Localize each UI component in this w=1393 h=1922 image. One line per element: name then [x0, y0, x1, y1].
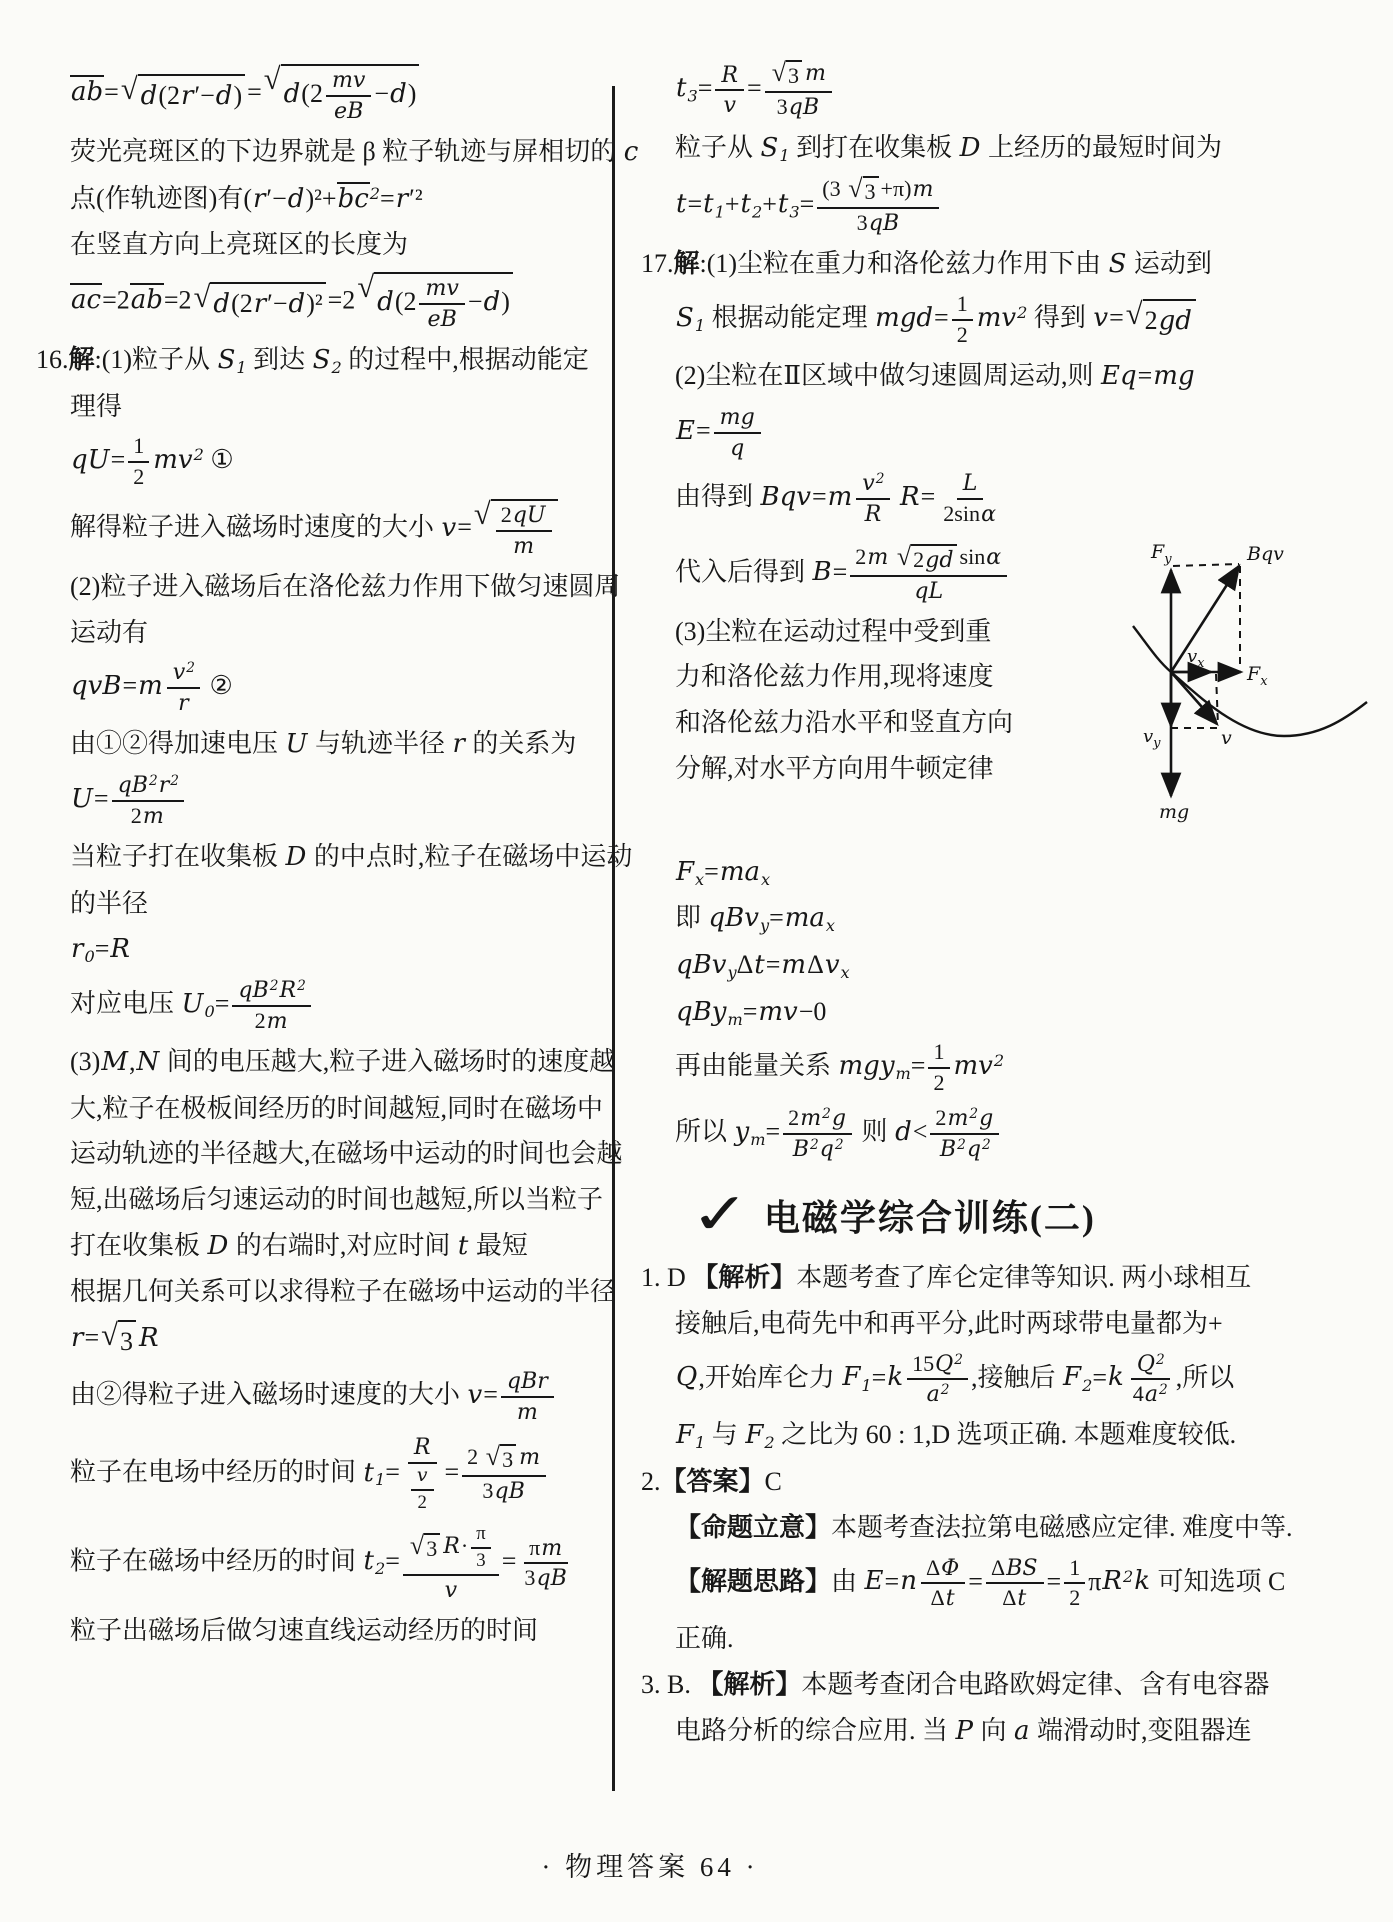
vy-label: vy [1143, 726, 1161, 751]
formula-line: E=mgq [641, 404, 1375, 462]
formula-line: r0=R [36, 930, 608, 969]
formula-line: qBvyΔt=mΔvx [641, 946, 1375, 985]
text-line: 运动轨迹的半径越大,在磁场中运动的时间也会越 [36, 1135, 608, 1173]
paragraph-with-diagram: 代入后得到 B=2m √2gdsinαqL(3)尘粒在运动过程中受到重力和洛伦兹… [641, 536, 1375, 845]
text-line: 粒子在电场中经历的时间 t1=Rv2=2 √3m3qB [36, 1434, 608, 1515]
text-line: 的半径 [36, 885, 608, 923]
formula-line: U=qB2r22m [36, 772, 608, 830]
text-line: 即 qBvy=max [641, 899, 1375, 938]
two-column-layout: ab=√d(2r′−d)=√d(2mveB−d)荧光亮斑区的下边界就是 β 粒子… [0, 44, 1393, 1791]
text-line: 由得到 Bqv=mv2R R=L2sinα [641, 470, 1375, 528]
text-line: 当粒子打在收集板 D 的中点时,粒子在磁场中运动 [36, 838, 608, 877]
formula-line: 代入后得到 B=2m √2gdsinαqL [641, 544, 1123, 605]
text-line: 16.解:(1)粒子从 S1 到达 S2 的过程中,根据动能定 [36, 341, 608, 380]
text-line: 荧光亮斑区的下边界就是 β 粒子轨迹与屏相切的 c [36, 133, 608, 172]
text-line: 大,粒子在极板间经历的时间越短,同时在磁场中 [36, 1090, 608, 1128]
text-line: 和洛伦兹力沿水平和竖直方向 [641, 704, 1123, 742]
text-line: 正确. [641, 1620, 1375, 1658]
text-line: (3)M,N 间的电压越大,粒子进入磁场时的速度越 [36, 1043, 608, 1082]
text-line: 由②得粒子进入磁场时速度的大小 v=qBrm [36, 1368, 608, 1426]
formula-line: r=√3R [36, 1319, 608, 1360]
text-line: 3. B. 【解析】本题考查闭合电路欧姆定律、含有电容器 [641, 1666, 1375, 1704]
text-line: 打在收集板 D 的右端时,对应时间 t 最短 [36, 1227, 608, 1266]
vx-label: vx [1187, 646, 1205, 671]
text-line: 根据几何关系可以求得粒子在磁场中运动的半径 [36, 1273, 608, 1311]
text-line: 由①②得加速电压 U 与轨迹半径 r 的关系为 [36, 725, 608, 764]
text-line: 1. D 【解析】本题考查了库仑定律等知识. 两小球相互 [641, 1259, 1375, 1297]
text-line: Q,开始库仑力 F1=k15Q2a2,接触后 F2=kQ24a2,所以 [641, 1351, 1375, 1409]
text-line: 所以 ym=2m2gB2q2 则 d<2m2gB2q2 [641, 1105, 1375, 1163]
lines-block-middle: Fx=max即 qBvy=maxqBvyΔt=mΔvxqBym=mv−0再由能量… [641, 853, 1375, 1164]
text-line: 解得粒子进入磁场时速度的大小 v=√2qUm [36, 499, 608, 560]
text-line: 粒子在磁场中经历的时间 t2=√3R·π3v=πm3qB [36, 1523, 608, 1604]
text-line: 17.解:(1)尘粒在重力和洛伦兹力作用下由 S 运动到 [641, 245, 1375, 284]
formula-line: ac=2ab=2√d(2r′−d)²=2√d(2mveB−d) [36, 272, 608, 333]
bqv-vector [1171, 566, 1239, 672]
text-line: 【命题立意】本题考查法拉第电磁感应定律. 难度中等. [641, 1509, 1375, 1547]
formula-line: t3=Rv=√3m3qB [641, 60, 1375, 121]
lines-block-top: t3=Rv=√3m3qB粒子从 S1 到打在收集板 D 上经历的最短时间为t=t… [641, 60, 1375, 528]
text-line: 电路分析的综合应用. 当 P 向 a 端滑动时,变阻器连 [641, 1712, 1375, 1751]
formula-line: qvB=mv2r ② [36, 659, 608, 717]
text-line: 分解,对水平方向用牛顿定律 [641, 750, 1123, 788]
dashed-construction-lines [1171, 564, 1240, 728]
checkmark-icon: ✓ [688, 1186, 753, 1244]
force-vector-diagram: Fy Bqv vx Fx vy v mg [1123, 536, 1375, 845]
text-line: 理得 [36, 388, 608, 426]
page-footer: · 物理答案 64 · [0, 1845, 1300, 1884]
fx-label: Fx [1246, 663, 1268, 689]
text-line: (2)尘粒在Ⅱ区域中做匀速圆周运动,则 Eq=mg [641, 357, 1375, 396]
text-line: 粒子出磁场后做匀速直线运动经历的时间 [36, 1612, 608, 1650]
text-line: 运动有 [36, 614, 608, 652]
text-line: 接触后,电荷先中和再平分,此时两球带电量都为+ [641, 1305, 1375, 1343]
vector-diagram-svg: Fy Bqv vx Fx vy v mg [1123, 540, 1375, 840]
left-column: ab=√d(2r′−d)=√d(2mveB−d)荧光亮斑区的下边界就是 β 粒子… [0, 44, 612, 1658]
fy-label: Fy [1150, 541, 1172, 567]
text-line: 粒子从 S1 到打在收集板 D 上经历的最短时间为 [641, 129, 1375, 168]
text-line: S1 根据动能定理 mgd=12mv2 得到 v=√2gd [641, 291, 1375, 349]
lines-block-beside-diagram: 代入后得到 B=2m √2gdsinαqL(3)尘粒在运动过程中受到重力和洛伦兹… [641, 536, 1123, 796]
right-column: t3=Rv=√3m3qB粒子从 S1 到打在收集板 D 上经历的最短时间为t=t… [615, 44, 1393, 1758]
section-title: 电磁学综合训练(二) [764, 1190, 1096, 1241]
text-line: 短,出磁场后匀速运动的时间也越短,所以当粒子 [36, 1181, 608, 1219]
v-label: v [1221, 727, 1232, 749]
formula-line: Fx=max [641, 853, 1375, 892]
text-line: (3)尘粒在运动过程中受到重 [641, 613, 1123, 651]
text-line: F1 与 F2 之比为 60 : 1,D 选项正确. 本题难度较低. [641, 1416, 1375, 1455]
lines-block-bottom: 1. D 【解析】本题考查了库仑定律等知识. 两小球相互接触后,电荷先中和再平分… [641, 1259, 1375, 1750]
text-line: 【解题思路】由 E=nΔΦΔt=ΔBSΔt=12πR2k 可知选项 C [641, 1555, 1375, 1613]
bqv-label: Bqv [1246, 543, 1284, 565]
text-line: 再由能量关系 mgym=12mv2 [641, 1039, 1375, 1097]
text-line: 2.【答案】C [641, 1463, 1375, 1501]
text-line: 点(作轨迹图)有(r′−d)²+bc2=r′² [36, 180, 608, 219]
formula-line: 对应电压 U0=qB2R22m [36, 977, 608, 1035]
v-vector [1171, 672, 1217, 724]
section-heading: ✓ 电磁学综合训练(二) [697, 1187, 1375, 1243]
scanned-answer-page: ab=√d(2r′−d)=√d(2mveB−d)荧光亮斑区的下边界就是 β 粒子… [0, 0, 1393, 1922]
text-line: (2)粒子进入磁场后在洛伦兹力作用下做匀速圆周 [36, 568, 608, 606]
formula-line: ab=√d(2r′−d)=√d(2mveB−d) [36, 64, 608, 125]
text-line: 在竖直方向上亮斑区的长度为 [36, 226, 608, 264]
formula-line: t=t1+t2+t3=(3 √3+π)m3qB [641, 176, 1375, 237]
formula-line: qU=12mv2 ① [36, 433, 608, 491]
text-line: 力和洛伦兹力作用,现将速度 [641, 658, 1123, 696]
formula-line: qBym=mv−0 [641, 993, 1375, 1032]
mg-label: mg [1159, 801, 1189, 823]
